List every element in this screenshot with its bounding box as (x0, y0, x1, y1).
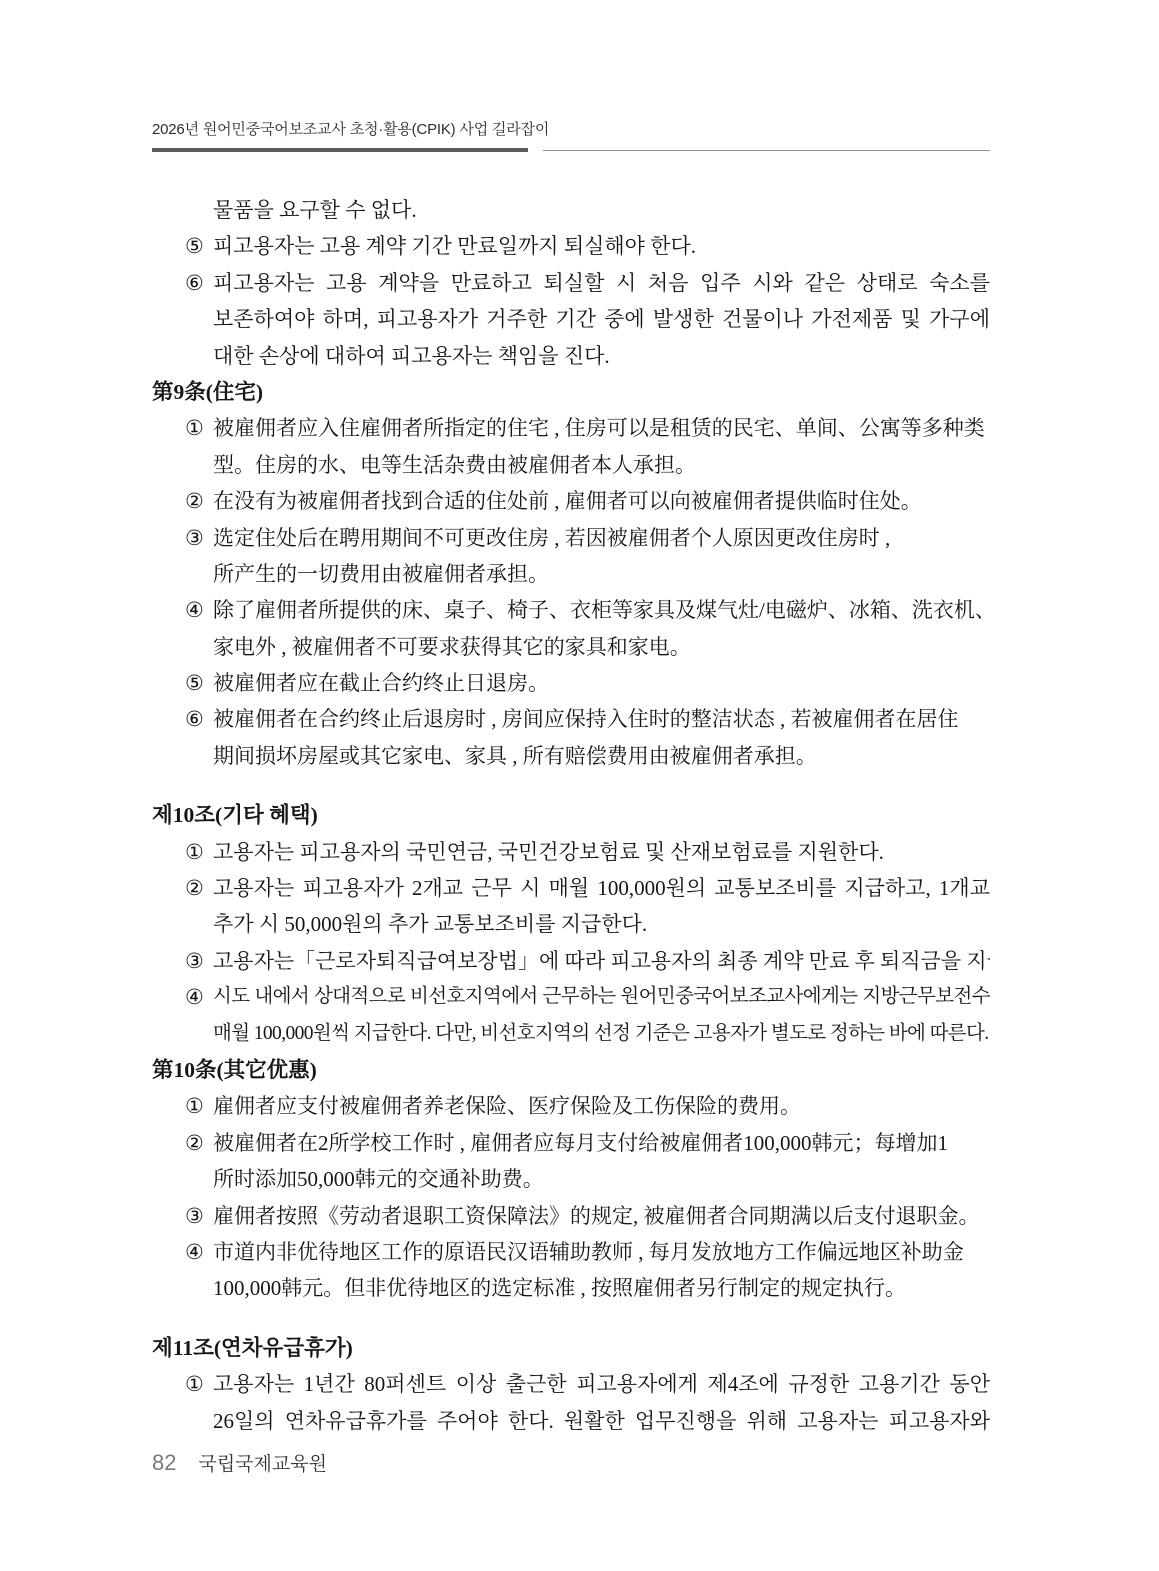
circled-number-marker: ⑤ (185, 665, 213, 701)
text-line: 100,000韩元。但非优待地区的选定标准 , 按照雇佣者另行制定的规定执行。 (213, 1270, 990, 1306)
text-line: 피고용자는 고용 계약을 만료하고 퇴실할 시 처음 입주 시와 같은 상태로 … (213, 265, 990, 301)
list-item: ④시도 내에서 상대적으로 비선호지역에서 근무하는 원어민중국어보조교사에게는… (152, 979, 990, 1052)
list-item: ③고용자는「근로자퇴직급여보장법」에 따라 피고용자의 최종 계약 만료 후 퇴… (152, 943, 990, 979)
text-line: 고용자는 피고용자가 2개교 근무 시 매월 100,000원의 교통보조비를 … (213, 870, 990, 906)
text-line: 고용자는 피고용자의 국민연금, 국민건강보험료 및 산재보험료를 지원한다. (213, 834, 990, 870)
text-line: 期间损坏房屋或其它家电、家具 , 所有赔偿费用由被雇佣者承担。 (213, 738, 990, 774)
header-rule-thick-segment (152, 148, 528, 152)
list-item-text: 시도 내에서 상대적으로 비선호지역에서 근무하는 원어민중국어보조교사에게는 … (213, 979, 990, 1052)
list-item-text: 被雇佣者应入住雇佣者所指定的住宅 , 住房可以是租赁的民宅、单间、公寓等多种类型… (213, 410, 990, 483)
list-item: ⑤피고용자는 고용 계약 기간 만료일까지 퇴실해야 한다. (152, 228, 990, 264)
list-item: ②在没有为被雇佣者找到合适的住处前 , 雇佣者可以向被雇佣者提供临时住处。 (152, 483, 990, 519)
list-item-text: 雇佣者按照《劳动者退职工资保障法》的规定, 被雇佣者合同期满以后支付退职金。 (213, 1198, 990, 1234)
header-rule-thin-segment (543, 150, 990, 151)
list-item: ①被雇佣者应入住雇佣者所指定的住宅 , 住房可以是租赁的民宅、单间、公寓等多种类… (152, 410, 990, 483)
circled-number-marker: ⑥ (185, 265, 213, 301)
list-item: ③雇佣者按照《劳动者退职工资保障法》的规定, 被雇佣者合同期满以后支付退职金。 (152, 1198, 990, 1234)
circled-number-marker: ① (185, 1366, 213, 1402)
section-gap (152, 774, 990, 797)
list-item: ①고용자는 피고용자의 국민연금, 국민건강보험료 및 산재보험료를 지원한다. (152, 834, 990, 870)
list-item: ④除了雇佣者所提供的床、桌子、椅子、衣柜等家具及煤气灶/电磁炉、冰箱、洗衣机、电… (152, 592, 990, 665)
list-item: ①雇佣者应支付被雇佣者养老保险、医疗保险及工伤保险的费用。 (152, 1088, 990, 1124)
list-item: ⑥被雇佣者在合约终止后退房时 , 房间应保持入住时的整洁状态 , 若被雇佣者在居… (152, 701, 990, 774)
list-item: ②被雇佣者在2所学校工作时 , 雇佣者应每月支付给被雇佣者100,000韩元；每… (152, 1125, 990, 1198)
section-heading: 第10条(其它优惠) (152, 1052, 990, 1088)
text-line: 选定住处后在聘用期间不可更改住房 , 若因被雇佣者个人原因更改住房时 , (213, 520, 990, 556)
circled-number-marker: ③ (185, 520, 213, 556)
text-line: 所时添加50,000韩元的交通补助费。 (213, 1161, 990, 1197)
text-line: 고용자는 1년간 80퍼센트 이상 출근한 피고용자에게 제4조에 규정한 고용… (213, 1366, 990, 1402)
text-line: 물품을 요구할 수 없다. (213, 192, 990, 228)
circled-number-marker: ④ (185, 1234, 213, 1270)
list-item-text: 雇佣者应支付被雇佣者养老保险、医疗保险及工伤保险的费用。 (213, 1088, 990, 1124)
list-item: ②고용자는 피고용자가 2개교 근무 시 매월 100,000원의 교통보조비를… (152, 870, 990, 943)
list-item: ④ 市道内非优待地区工作的原语民汉语辅助教师 , 每月发放地方工作偏远地区补助金… (152, 1234, 990, 1307)
text-line: 대한 손상에 대하여 피고용자는 책임을 진다. (213, 338, 990, 374)
list-item-text: 고용자는 피고용자의 국민연금, 국민건강보험료 및 산재보험료를 지원한다. (213, 834, 990, 870)
circled-number-marker: ④ (185, 979, 213, 1015)
circled-number-marker: ② (185, 483, 213, 519)
section-gap (152, 1307, 990, 1330)
publisher-name: 국립국제교육원 (198, 1449, 326, 1476)
page-number: 82 (152, 1450, 176, 1476)
text-line: 被雇佣者在合约终止后退房时 , 房间应保持入住时的整洁状态 , 若被雇佣者在居住 (213, 701, 990, 737)
circled-number-marker: ④ (185, 592, 213, 628)
text-line: 雇佣者应支付被雇佣者养老保险、医疗保险及工伤保险的费用。 (213, 1088, 990, 1124)
text-line: 피고용자는 고용 계약 기간 만료일까지 퇴실해야 한다. (213, 228, 990, 264)
page-footer: 82 국립국제교육원 (152, 1449, 327, 1476)
section-heading: 第9条(住宅) (152, 374, 990, 410)
text-line: 보존하여야 하며, 피고용자가 거주한 기간 중에 발생한 건물이나 가전제품 … (213, 301, 990, 337)
list-item-text: 被雇佣者在合约终止后退房时 , 房间应保持入住时的整洁状态 , 若被雇佣者在居住… (213, 701, 990, 774)
text-line: 雇佣者按照《劳动者退职工资保障法》的规定, 被雇佣者合同期满以后支付退职金。 (213, 1198, 990, 1234)
circled-number-marker: ② (185, 870, 213, 906)
text-line: 추가 시 50,000원의 추가 교통보조비를 지급한다. (213, 906, 990, 942)
text-line: 被雇佣者应入住雇佣者所指定的住宅 , 住房可以是租赁的民宅、单间、公寓等多种类 (213, 410, 990, 446)
list-item: ⑥피고용자는 고용 계약을 만료하고 퇴실할 시 처음 입주 시와 같은 상태로… (152, 265, 990, 374)
document-page: 2026년 원어민중국어보조교사 초청·활용(CPIK) 사업 길라잡이 물품을… (0, 0, 1159, 1571)
text-line: 除了雇佣者所提供的床、桌子、椅子、衣柜等家具及煤气灶/电磁炉、冰箱、洗衣机、电视… (213, 592, 990, 628)
list-item-text: 市道内非优待地区工作的原语民汉语辅助教师 , 每月发放地方工作偏远地区补助金10… (213, 1234, 990, 1307)
running-head-title: 2026년 원어민중국어보조교사 초청·활용(CPIK) 사업 길라잡이 (152, 118, 990, 139)
text-line: 被雇佣者应在截止合约终止日退房。 (213, 665, 990, 701)
circled-number-marker: ① (185, 410, 213, 446)
circled-number-marker: ① (185, 834, 213, 870)
circled-number-marker: ③ (185, 943, 213, 979)
page-header: 2026년 원어민중국어보조교사 초청·활용(CPIK) 사업 길라잡이 (152, 118, 990, 152)
list-item: ⑤被雇佣者应在截止合约终止日退房。 (152, 665, 990, 701)
text-line: 시도 내에서 상대적으로 비선호지역에서 근무하는 원어민중국어보조교사에게는 … (213, 979, 990, 1015)
text-line: 市道内非优待地区工作的原语民汉语辅助教师 , 每月发放地方工作偏远地区补助金 (213, 1234, 990, 1270)
circled-number-marker: ② (185, 1125, 213, 1161)
list-item-text: 피고용자는 고용 계약 기간 만료일까지 퇴실해야 한다. (213, 228, 990, 264)
section-heading: 제10조(기타 혜택) (152, 797, 990, 833)
list-item-text: 피고용자는 고용 계약을 만료하고 퇴실할 시 처음 입주 시와 같은 상태로 … (213, 265, 990, 374)
list-item-text: 除了雇佣者所提供的床、桌子、椅子、衣柜等家具及煤气灶/电磁炉、冰箱、洗衣机、电视… (213, 592, 990, 665)
circled-number-marker: ⑤ (185, 228, 213, 264)
circled-number-marker: ⑥ (185, 701, 213, 737)
section-heading: 제11조(연차유급휴가) (152, 1330, 990, 1366)
text-line: 고용자는「근로자퇴직급여보장법」에 따라 피고용자의 최종 계약 만료 후 퇴직… (213, 943, 990, 979)
list-item-text: 고용자는「근로자퇴직급여보장법」에 따라 피고용자의 최종 계약 만료 후 퇴직… (213, 943, 990, 979)
header-rule (152, 148, 990, 152)
circled-number-marker: ① (185, 1088, 213, 1124)
list-item-text: 在没有为被雇佣者找到合适的住处前 , 雇佣者可以向被雇佣者提供临时住处。 (213, 483, 990, 519)
text-line: 家电外 , 被雇佣者不可要求获得其它的家具和家电。 (213, 629, 990, 665)
circled-number-marker: ③ (185, 1198, 213, 1234)
list-item-text: 选定住处后在聘用期间不可更改住房 , 若因被雇佣者个人原因更改住房时 ,所产生的… (213, 520, 990, 593)
paragraph-continuation: 물품을 요구할 수 없다. (152, 192, 990, 228)
text-line: 26일의 연차유급휴가를 주어야 한다. 원활한 업무진행을 위해 고용자는 피… (213, 1403, 990, 1439)
list-item: ③选定住处后在聘用期间不可更改住房 , 若因被雇佣者个人原因更改住房时 ,所产生… (152, 520, 990, 593)
text-line: 매월 100,000원씩 지급한다. 다만, 비선호지역의 선정 기준은 고용자… (213, 1016, 990, 1052)
list-item-text: 被雇佣者在2所学校工作时 , 雇佣者应每月支付给被雇佣者100,000韩元；每增… (213, 1125, 990, 1198)
text-line: 型。住房的水、电等生活杂费由被雇佣者本人承担。 (213, 447, 990, 483)
list-item: ①고용자는 1년간 80퍼센트 이상 출근한 피고용자에게 제4조에 규정한 고… (152, 1366, 990, 1439)
list-item-text: 고용자는 피고용자가 2개교 근무 시 매월 100,000원의 교통보조비를 … (213, 870, 990, 943)
list-item-text: 고용자는 1년간 80퍼센트 이상 출근한 피고용자에게 제4조에 규정한 고용… (213, 1366, 990, 1439)
list-item-text: 被雇佣者应在截止合约终止日退房。 (213, 665, 990, 701)
document-body: 물품을 요구할 수 없다.⑤피고용자는 고용 계약 기간 만료일까지 퇴실해야 … (152, 192, 990, 1439)
text-line: 所产生的一切费用由被雇佣者承担。 (213, 556, 990, 592)
text-line: 被雇佣者在2所学校工作时 , 雇佣者应每月支付给被雇佣者100,000韩元；每增… (213, 1125, 990, 1161)
text-line: 在没有为被雇佣者找到合适的住处前 , 雇佣者可以向被雇佣者提供临时住处。 (213, 483, 990, 519)
